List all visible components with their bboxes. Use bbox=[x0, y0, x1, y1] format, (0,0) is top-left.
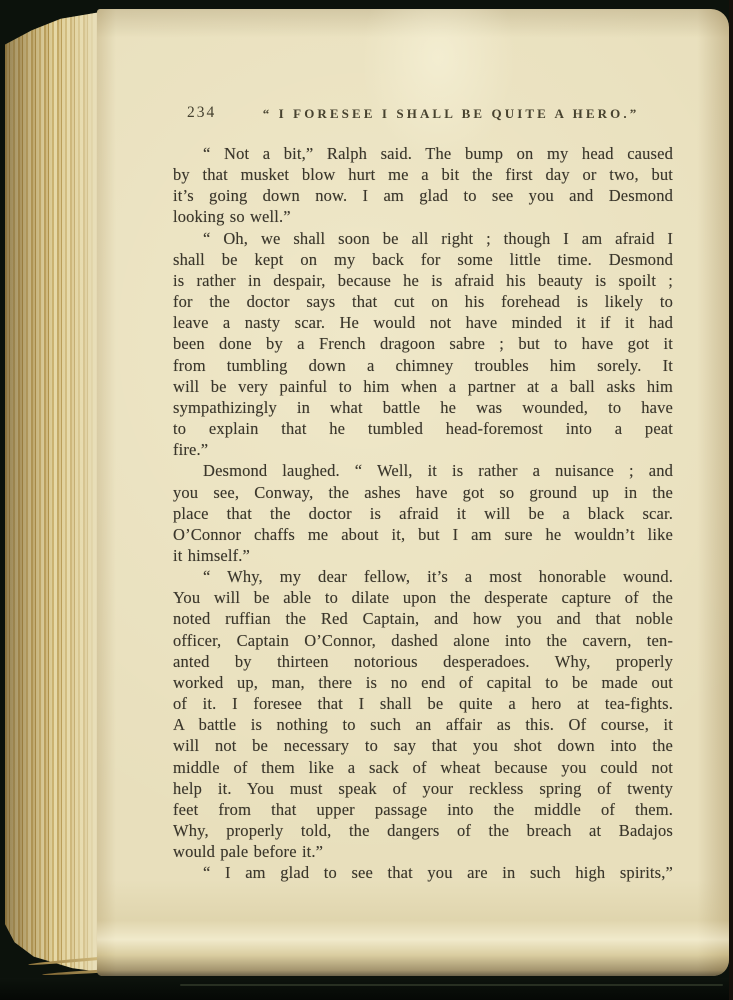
text-line: been done by a French dragoon sabre ; bu… bbox=[173, 333, 673, 354]
text-line: leave a nasty scar. He would not have mi… bbox=[173, 312, 673, 333]
text-line: noted ruffian the Red Captain, and how y… bbox=[173, 608, 673, 629]
text-line: worked up, man, there is no end of capit… bbox=[173, 672, 673, 693]
running-title: “ I FORESEE I SHALL BE QUITE A HERO.” bbox=[263, 106, 640, 122]
photo-right-edge bbox=[729, 0, 733, 1000]
page-edges-stack bbox=[5, 12, 101, 972]
text-line: you see, Conway, the ashes have got so g… bbox=[173, 482, 673, 503]
text-line: for the doctor says that cut on his fore… bbox=[173, 291, 673, 312]
text-line: feet from that upper passage into the mi… bbox=[173, 799, 673, 820]
text-line: anted by thirteen notorious desperadoes.… bbox=[173, 651, 673, 672]
text-line: place that the doctor is afraid it will … bbox=[173, 503, 673, 524]
paragraph: Desmond laughed. “ Well, it is rather a … bbox=[173, 460, 673, 566]
text-line: will not be necessary to say that you sh… bbox=[173, 735, 673, 756]
text-line: middle of them like a sack of wheat beca… bbox=[173, 757, 673, 778]
text-line: would pale before it.” bbox=[173, 841, 673, 862]
text-line: sympathizingly in what battle he was wou… bbox=[173, 397, 673, 418]
text-line: by that musket blow hurt me a bit the fi… bbox=[173, 164, 673, 185]
text-line: “ I am glad to see that you are in such … bbox=[173, 862, 673, 883]
text-line: to explain that he tumbled head-foremost… bbox=[173, 418, 673, 439]
text-line: help it. You must speak of your reckless… bbox=[173, 778, 673, 799]
text-line: will be very painful to him when a partn… bbox=[173, 376, 673, 397]
text-line: “ Oh, we shall soon be all right ; thoug… bbox=[173, 228, 673, 249]
running-header: 234 “ I FORESEE I SHALL BE QUITE A HERO.… bbox=[173, 101, 673, 123]
text-line: Why, properly told, the dangers of the b… bbox=[173, 820, 673, 841]
book-photo: 234 “ I FORESEE I SHALL BE QUITE A HERO.… bbox=[0, 0, 733, 1000]
text-line: A battle is nothing to such an affair as… bbox=[173, 714, 673, 735]
text-line: it’s going down now. I am glad to see yo… bbox=[173, 185, 673, 206]
text-line: officer, Captain O’Connor, dashed alone … bbox=[173, 630, 673, 651]
text-line: looking so well.” bbox=[173, 206, 673, 227]
text-line: from tumbling down a chimney troubles hi… bbox=[173, 355, 673, 376]
text-column: 234 “ I FORESEE I SHALL BE QUITE A HERO.… bbox=[173, 101, 673, 883]
text-line: of it. I foresee that I shall be quite a… bbox=[173, 693, 673, 714]
text-line: fire.” bbox=[173, 439, 673, 460]
book-page: 234 “ I FORESEE I SHALL BE QUITE A HERO.… bbox=[97, 9, 729, 976]
paragraph: “ Oh, we shall soon be all right ; thoug… bbox=[173, 228, 673, 461]
text-line: “ Why, my dear fellow, it’s a most honor… bbox=[173, 566, 673, 587]
text-line: O’Connor chaffs me about it, but I am su… bbox=[173, 524, 673, 545]
paragraph: “ Why, my dear fellow, it’s a most honor… bbox=[173, 566, 673, 862]
text-line: it himself.” bbox=[173, 545, 673, 566]
text-line: You will be able to dilate upon the desp… bbox=[173, 587, 673, 608]
paragraph: “ I am glad to see that you are in such … bbox=[173, 862, 673, 883]
body-text: “ Not a bit,” Ralph said. The bump on my… bbox=[173, 143, 673, 883]
text-line: shall be kept on my back for some little… bbox=[173, 249, 673, 270]
text-line: is rather in despair, because he is afra… bbox=[173, 270, 673, 291]
book-cover-sheen bbox=[180, 984, 723, 986]
page-number: 234 bbox=[187, 104, 216, 122]
text-line: Desmond laughed. “ Well, it is rather a … bbox=[173, 460, 673, 481]
paragraph: “ Not a bit,” Ralph said. The bump on my… bbox=[173, 143, 673, 228]
text-line: “ Not a bit,” Ralph said. The bump on my… bbox=[173, 143, 673, 164]
book-cover-bottom bbox=[0, 978, 733, 1000]
